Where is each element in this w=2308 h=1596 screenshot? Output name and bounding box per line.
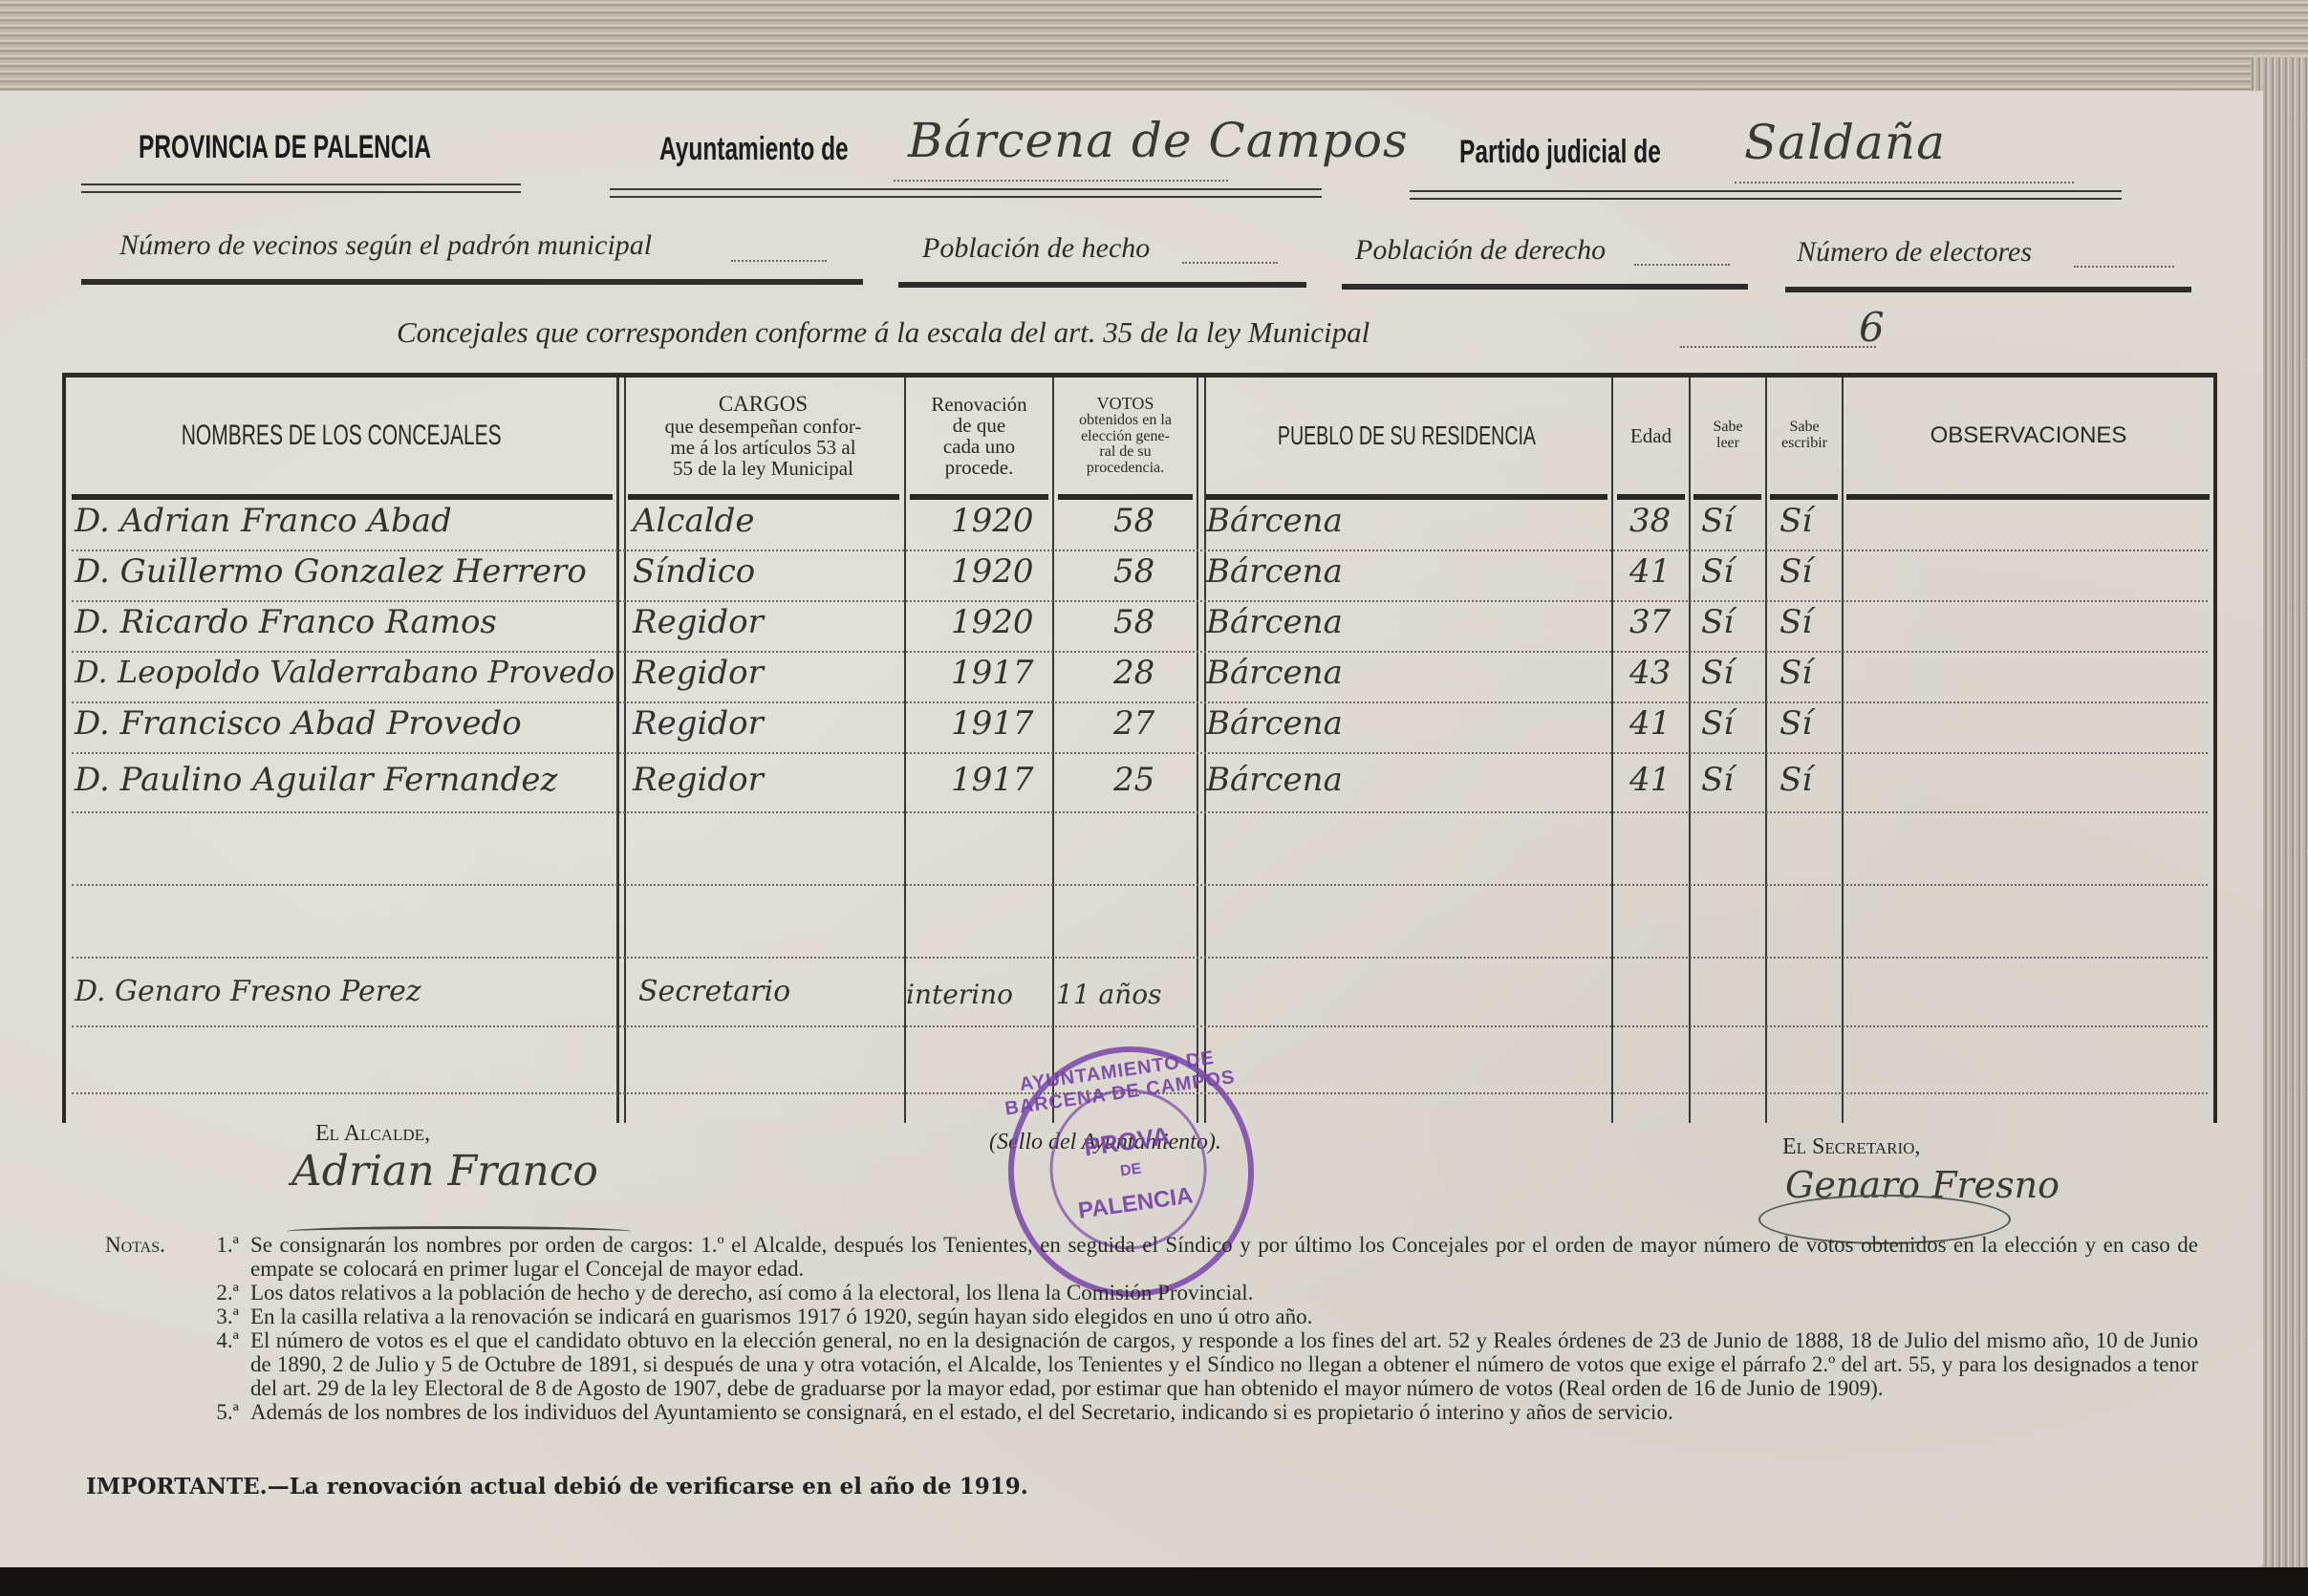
- header-text: OBSERVACIONES: [1931, 423, 2127, 447]
- cell-pueblo: Bárcena: [1206, 502, 1343, 540]
- header-text: procede.: [945, 457, 1014, 478]
- rule: [1785, 287, 2191, 292]
- cell-edad: 43: [1629, 654, 1671, 692]
- note-number: 1.ª: [191, 1233, 250, 1281]
- cell-leer: Sí: [1701, 502, 1734, 540]
- cell-nombre: D. Leopoldo Valderrabano Provedo: [75, 654, 615, 690]
- row-line: [72, 600, 2208, 602]
- cell-nombre: D. Francisco Abad Provedo: [75, 704, 522, 743]
- header-text: ral de su: [1099, 444, 1151, 461]
- col-header-sabe-leer: Sabe leer: [1691, 377, 1765, 494]
- cell-cargo: Secretario: [638, 975, 790, 1008]
- header-text: me á los artículos 53 al: [670, 437, 855, 458]
- hecho-field: [1182, 262, 1278, 264]
- cell-escribir: Sí: [1780, 761, 1812, 799]
- electores-field: [2074, 266, 2174, 268]
- note-text: Además de los nombres de los individuos …: [250, 1400, 2198, 1424]
- derecho-label: Población de derecho: [1355, 234, 1606, 267]
- important-notice: IMPORTANTE.—La renovación actual debió d…: [86, 1474, 1028, 1499]
- alcalde-signature: Adrian Franco: [291, 1147, 598, 1196]
- row-line: [72, 1025, 2208, 1027]
- cell-edad: 41: [1629, 761, 1671, 799]
- header-text: Renovación: [931, 394, 1026, 415]
- cell-pueblo: Bárcena: [1206, 761, 1343, 799]
- cell-renovacion: 1920: [951, 552, 1034, 591]
- header-text: elección gene-: [1081, 429, 1170, 445]
- col-header-pueblo: PUEBLO DE SU RESIDENCIA: [1202, 377, 1611, 494]
- col-header-edad: Edad: [1613, 377, 1689, 494]
- header-text: CARGOS: [719, 393, 808, 416]
- spacer: [105, 1281, 191, 1305]
- cell-votos: 58: [1113, 502, 1154, 540]
- ayuntamiento-value: Bárcena de Campos: [908, 113, 1409, 168]
- cell-escribir: Sí: [1780, 704, 1812, 743]
- cell-leer: Sí: [1701, 552, 1734, 591]
- cell-renovacion: 1917: [951, 761, 1034, 799]
- note-item: 2.ª Los datos relativos a la población d…: [105, 1281, 2198, 1305]
- cell-nombre: D. Adrian Franco Abad: [75, 502, 452, 540]
- cell-cargo: Regidor: [633, 704, 764, 743]
- cell-votos: 11 años: [1056, 979, 1161, 1010]
- cell-pueblo: Bárcena: [1206, 552, 1343, 591]
- partido-label: Partido judicial de: [1459, 134, 1661, 171]
- concejales-label: Concejales que corresponden conforme á l…: [397, 315, 1370, 350]
- header-rule: [72, 494, 613, 500]
- cell-renovacion: 1917: [951, 654, 1034, 692]
- cell-renovacion: 1920: [951, 502, 1034, 540]
- alcalde-label: El Alcalde,: [315, 1121, 430, 1147]
- derecho-field: [1634, 264, 1730, 266]
- concejales-field: [1680, 346, 1876, 348]
- concejales-value: 6: [1859, 304, 1885, 351]
- note-item: 4.ª El número de votos es el que el cand…: [105, 1328, 2198, 1400]
- cell-escribir: Sí: [1780, 502, 1812, 540]
- header-text: que desempeñan confor-: [665, 416, 862, 437]
- header-text: Edad: [1630, 425, 1672, 446]
- cell-leer: Sí: [1701, 654, 1734, 692]
- rule: [898, 282, 1306, 288]
- cell-votos: 58: [1113, 603, 1154, 641]
- cell-votos: 27: [1113, 704, 1154, 743]
- ayuntamiento-label: Ayuntamiento de: [659, 131, 849, 168]
- note-item: 3.ª En la casilla relativa a la renovaci…: [105, 1305, 2198, 1328]
- rule: [81, 183, 521, 193]
- vecinos-label: Número de vecinos según el padrón munici…: [119, 229, 652, 262]
- cell-votos: 58: [1113, 552, 1154, 591]
- rule: [610, 188, 1322, 198]
- book-shadow: [0, 1567, 2308, 1596]
- cell-cargo: Regidor: [633, 761, 764, 799]
- header-rule: [1206, 494, 1607, 500]
- cell-cargo: Síndico: [633, 552, 755, 591]
- row-line: [72, 651, 2208, 653]
- note-item: Notas. 1.ª Se consignarán los nombres po…: [105, 1233, 2198, 1281]
- spacer: [105, 1305, 191, 1328]
- col-header-cargos: CARGOS que desempeñan confor- me á los a…: [622, 377, 904, 494]
- ayuntamiento-dotted-line: [894, 180, 1228, 182]
- col-header-votos: VOTOS obtenidos en la elección gene- ral…: [1054, 377, 1197, 494]
- cell-edad: 41: [1629, 552, 1671, 591]
- spacer: [105, 1328, 191, 1400]
- header-rule: [1846, 494, 2210, 500]
- notes-label: Notas.: [105, 1233, 191, 1281]
- note-text: El número de votos es el que el candidat…: [250, 1328, 2198, 1400]
- cell-leer: Sí: [1701, 761, 1734, 799]
- header-text: Sabe: [1713, 420, 1742, 436]
- col-header-observaciones: OBSERVACIONES: [1844, 377, 2213, 494]
- note-text: Los datos relativos a la población de he…: [250, 1281, 2198, 1305]
- cell-votos: 28: [1113, 654, 1154, 692]
- cell-nombre: D. Genaro Fresno Perez: [75, 975, 421, 1008]
- cell-renovacion: 1917: [951, 704, 1034, 743]
- cell-edad: 41: [1629, 704, 1671, 743]
- header-rule: [1693, 494, 1761, 500]
- vecinos-field: [731, 260, 827, 262]
- col-header-nombres: NOMBRES DE LOS CONCEJALES: [66, 377, 616, 494]
- cell-pueblo: Bárcena: [1206, 654, 1343, 692]
- header-rule: [628, 494, 899, 500]
- header-text: PUEBLO DE SU RESIDENCIA: [1278, 421, 1536, 449]
- province-title: PROVINCIA DE PALENCIA: [139, 129, 431, 166]
- header-text: NOMBRES DE LOS CONCEJALES: [182, 421, 502, 451]
- cell-escribir: Sí: [1780, 603, 1812, 641]
- header-text: leer: [1716, 436, 1739, 452]
- header-text: obtenidos en la: [1079, 413, 1172, 429]
- cell-nombre: D. Guillermo Gonzalez Herrero: [75, 552, 587, 591]
- note-number: 5.ª: [191, 1400, 250, 1424]
- cell-escribir: Sí: [1780, 654, 1812, 692]
- cell-cargo: Regidor: [633, 603, 764, 641]
- cell-leer: Sí: [1701, 704, 1734, 743]
- header-rule: [910, 494, 1048, 500]
- rule: [1410, 190, 2122, 200]
- row-line: [72, 957, 2208, 959]
- cell-leer: Sí: [1701, 603, 1734, 641]
- header-text: 55 de la ley Municipal: [673, 458, 853, 479]
- header-text: escribir: [1781, 436, 1827, 452]
- cell-nombre: D. Ricardo Franco Ramos: [75, 603, 497, 641]
- cell-cargo: Alcalde: [633, 502, 755, 540]
- cell-cargo: Regidor: [633, 654, 764, 692]
- concejales-table: NOMBRES DE LOS CONCEJALES CARGOS que des…: [62, 373, 2217, 1123]
- cell-renovacion: interino: [906, 979, 1013, 1010]
- row-line: [72, 811, 2208, 813]
- rule: [1342, 284, 1748, 290]
- electores-label: Número de electores: [1797, 236, 2032, 269]
- note-number: 3.ª: [191, 1305, 250, 1328]
- row-line: [72, 701, 2208, 703]
- partido-value: Saldaña: [1744, 115, 1946, 170]
- header-rule: [1058, 494, 1193, 500]
- note-text: En la casilla relativa a la renovación s…: [250, 1305, 2198, 1328]
- note-text: Se consignarán los nombres por orden de …: [250, 1233, 2198, 1281]
- cell-escribir: Sí: [1780, 552, 1812, 591]
- hecho-label: Población de hecho: [922, 232, 1150, 265]
- cell-pueblo: Bárcena: [1206, 704, 1343, 743]
- note-number: 4.ª: [191, 1328, 250, 1400]
- cell-renovacion: 1920: [951, 603, 1034, 641]
- header-text: VOTOS: [1097, 395, 1154, 413]
- row-line: [72, 884, 2208, 886]
- cell-nombre: D. Paulino Aguilar Fernandez: [75, 761, 557, 799]
- header-rule: [1617, 494, 1685, 500]
- rule: [81, 279, 863, 285]
- cell-pueblo: Bárcena: [1206, 603, 1343, 641]
- cell-edad: 38: [1629, 502, 1671, 540]
- header-rule: [1770, 494, 1838, 500]
- secretario-label: El Secretario,: [1782, 1134, 1920, 1160]
- row-line: [72, 550, 2208, 551]
- col-header-renovacion: Renovación de que cada uno procede.: [906, 377, 1052, 494]
- col-header-sabe-escribir: Sabe escribir: [1767, 377, 1842, 494]
- note-number: 2.ª: [191, 1281, 250, 1305]
- cell-votos: 25: [1113, 761, 1154, 799]
- header-text: cada uno: [943, 436, 1015, 457]
- notes-section: Notas. 1.ª Se consignarán los nombres po…: [105, 1233, 2198, 1424]
- note-item: 5.ª Además de los nombres de los individ…: [105, 1400, 2198, 1424]
- cell-edad: 37: [1629, 603, 1671, 641]
- header-text: Sabe: [1789, 420, 1819, 436]
- header-text: de que: [953, 415, 1005, 436]
- row-line: [72, 752, 2208, 754]
- header-text: procedencia.: [1087, 461, 1164, 477]
- spacer: [105, 1400, 191, 1424]
- partido-dotted-line: [1735, 182, 2074, 183]
